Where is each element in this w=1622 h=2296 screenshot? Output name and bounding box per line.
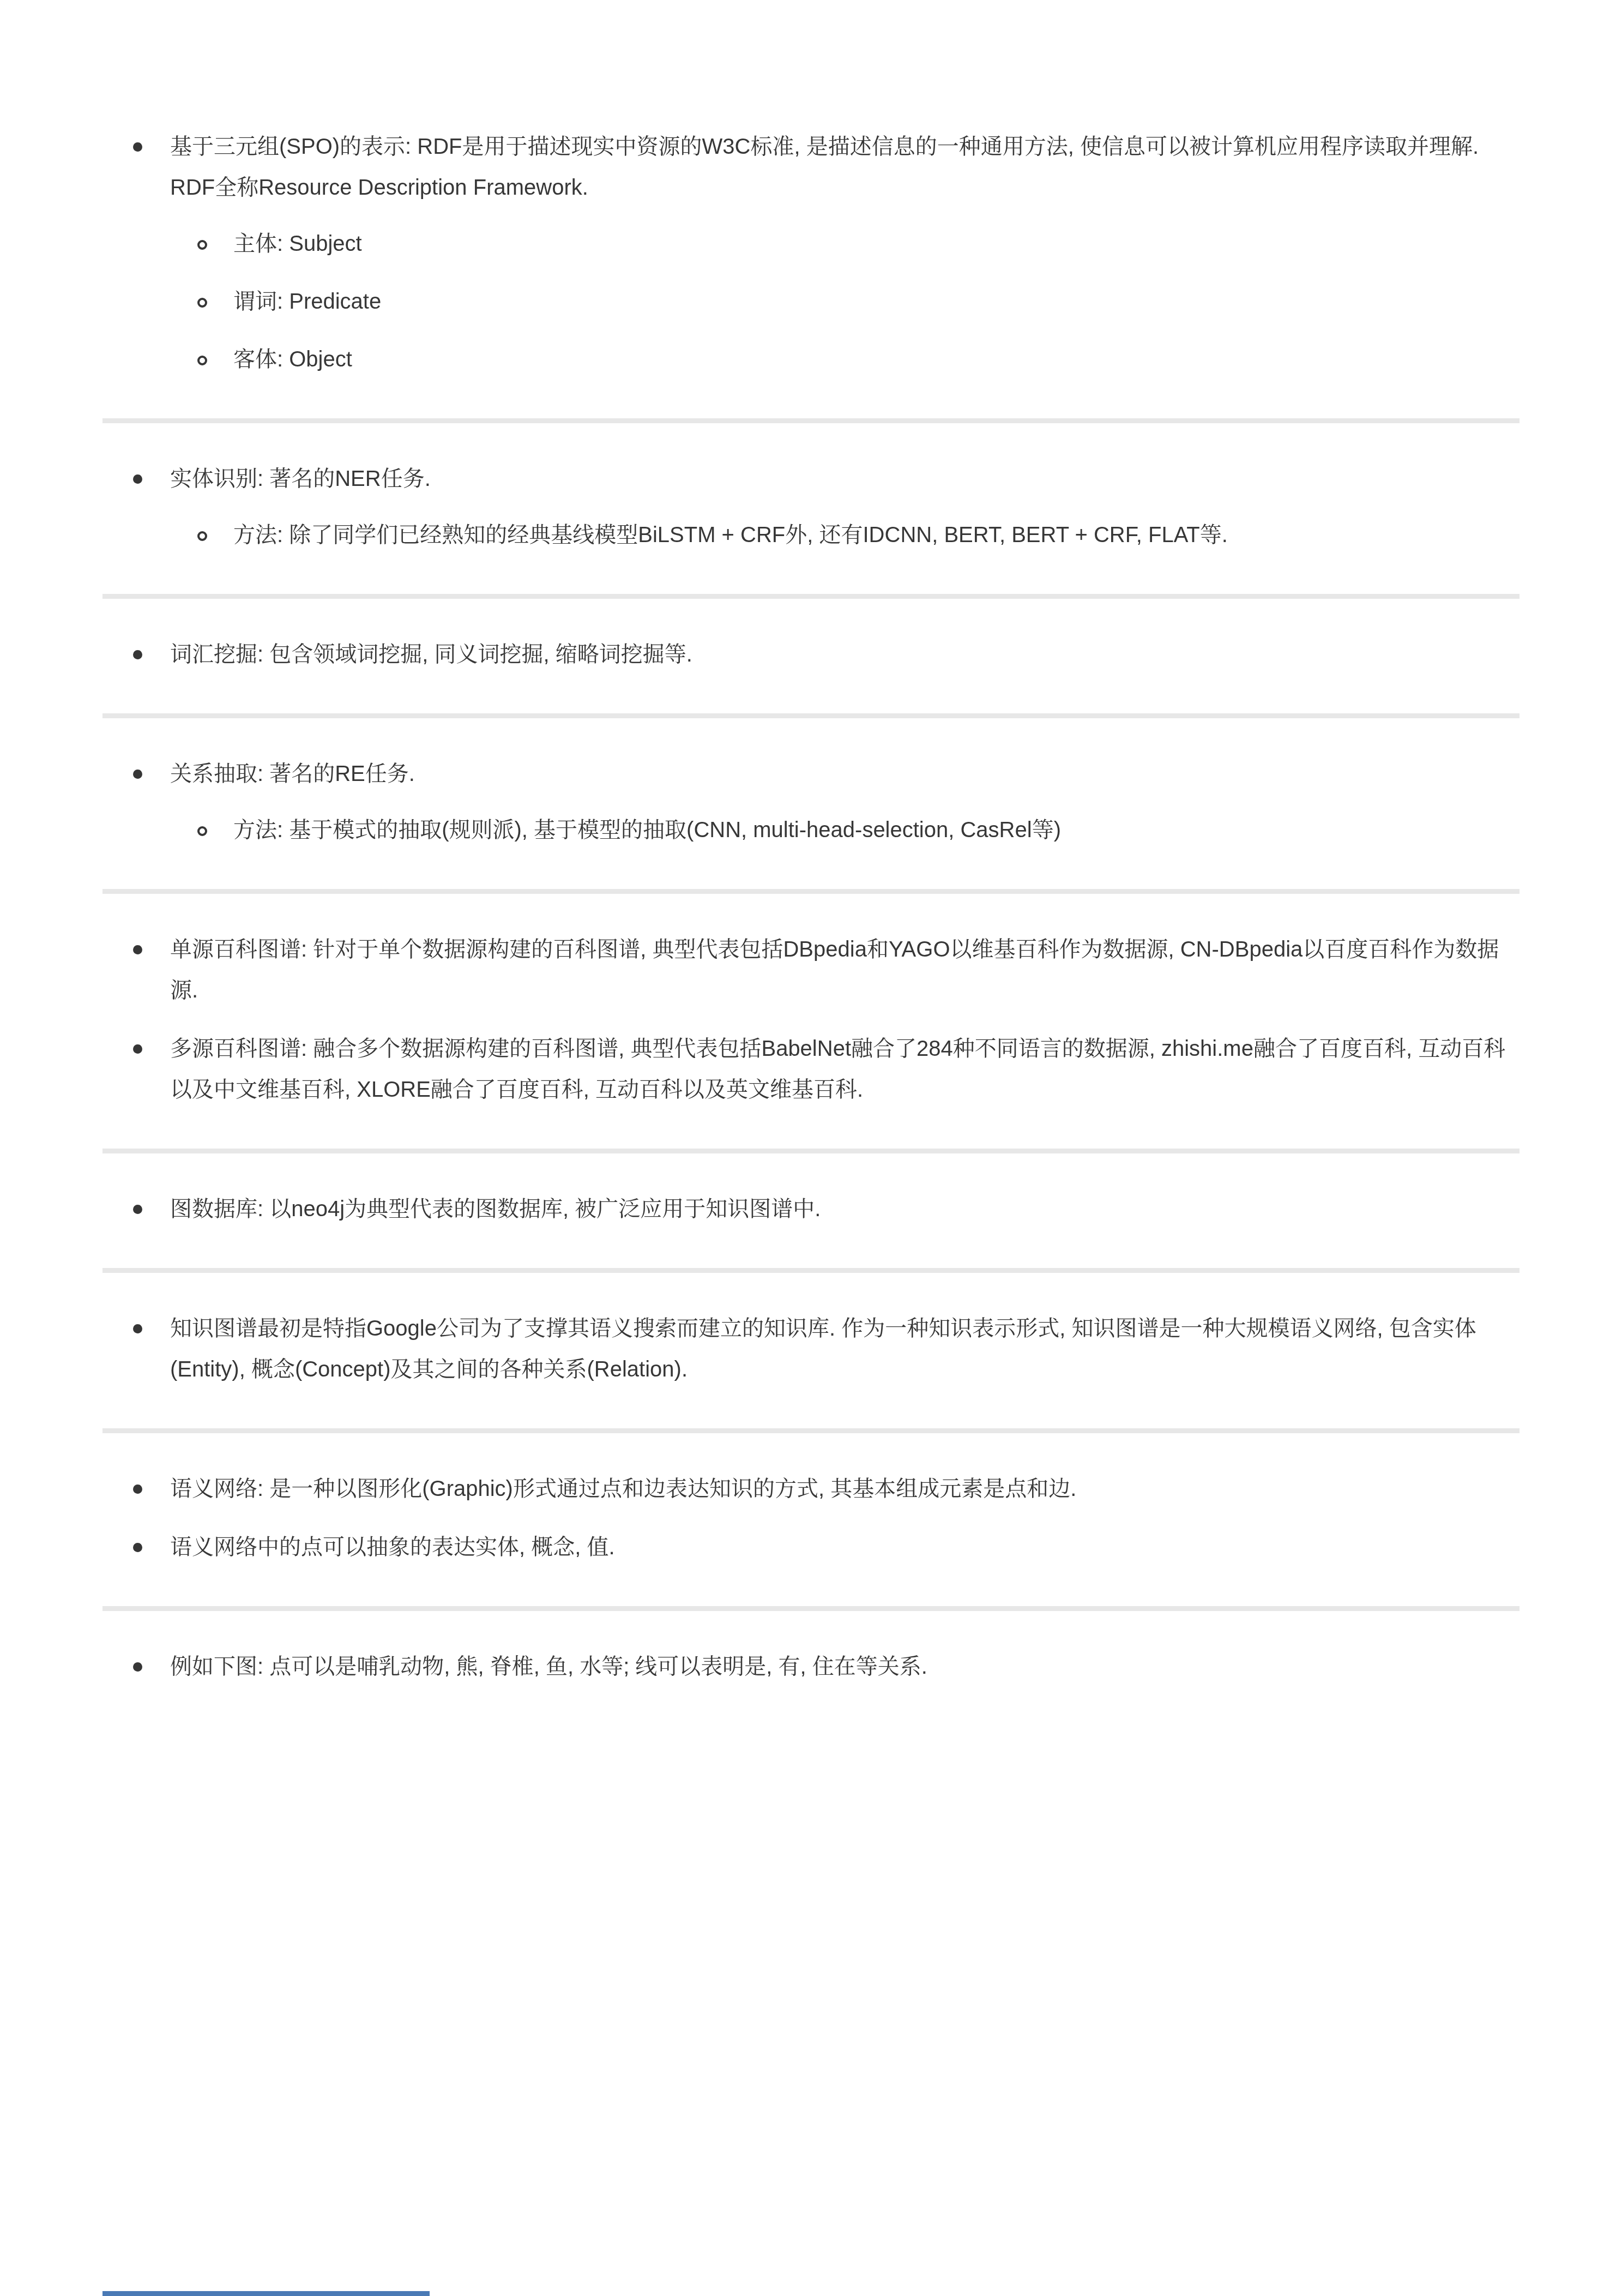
nested-bulleted-list: 方法: 基于模式的抽取(规则派), 基于模型的抽取(CNN, multi-hea… bbox=[170, 810, 1520, 851]
list-item: 关系抽取: 著名的RE任务. 方法: 基于模式的抽取(规则派), 基于模型的抽取… bbox=[102, 754, 1520, 851]
circle-bullet-icon bbox=[197, 826, 207, 836]
list-item: 实体识别: 著名的NER任务. 方法: 除了同学们已经熟知的经典基线模型BiLS… bbox=[102, 459, 1520, 556]
list-item-text: 图数据库: 以neo4j为典型代表的图数据库, 被广泛应用于知识图谱中. bbox=[170, 1197, 821, 1221]
disc-bullet-icon bbox=[133, 1484, 142, 1494]
bulleted-list: 实体识别: 著名的NER任务. 方法: 除了同学们已经熟知的经典基线模型BiLS… bbox=[102, 459, 1520, 556]
bulleted-list: 例如下图: 点可以是哺乳动物, 熊, 脊椎, 鱼, 水等; 线可以表明是, 有,… bbox=[102, 1646, 1520, 1687]
sub-list-item: 方法: 除了同学们已经熟知的经典基线模型BiLSTM + CRF外, 还有IDC… bbox=[170, 515, 1520, 556]
bulleted-list: 基于三元组(SPO)的表示: RDF是用于描述现实中资源的W3C标准, 是描述信… bbox=[102, 127, 1520, 380]
list-item-text: 实体识别: 著名的NER任务. bbox=[170, 467, 431, 491]
disc-bullet-icon bbox=[133, 1324, 142, 1333]
divider bbox=[102, 594, 1520, 599]
list-item-text: 基于三元组(SPO)的表示: RDF是用于描述现实中资源的W3C标准, 是描述信… bbox=[170, 135, 1479, 200]
bulleted-list: 单源百科图谱: 针对于单个数据源构建的百科图谱, 典型代表包括DBpedia和Y… bbox=[102, 929, 1520, 1110]
divider bbox=[102, 1268, 1520, 1273]
bulleted-list: 语义网络: 是一种以图形化(Graphic)形式通过点和边表达知识的方式, 其基… bbox=[102, 1469, 1520, 1568]
list-item: 词汇挖掘: 包含领域词挖掘, 同义词挖掘, 缩略词挖掘等. bbox=[102, 634, 1520, 675]
partial-figure-top-edge bbox=[102, 2291, 430, 2296]
list-item-text: 知识图谱最初是特指Google公司为了支撑其语义搜索而建立的知识库. 作为一种知… bbox=[170, 1317, 1476, 1381]
bulleted-list: 词汇挖掘: 包含领域词挖掘, 同义词挖掘, 缩略词挖掘等. bbox=[102, 634, 1520, 675]
nested-bulleted-list: 方法: 除了同学们已经熟知的经典基线模型BiLSTM + CRF外, 还有IDC… bbox=[170, 515, 1520, 556]
disc-bullet-icon bbox=[133, 474, 142, 484]
disc-bullet-icon bbox=[133, 142, 142, 152]
divider bbox=[102, 1149, 1520, 1153]
disc-bullet-icon bbox=[133, 1205, 142, 1214]
list-item: 语义网络: 是一种以图形化(Graphic)形式通过点和边表达知识的方式, 其基… bbox=[102, 1469, 1520, 1510]
disc-bullet-icon bbox=[133, 770, 142, 779]
list-item: 基于三元组(SPO)的表示: RDF是用于描述现实中资源的W3C标准, 是描述信… bbox=[102, 127, 1520, 380]
list-item: 单源百科图谱: 针对于单个数据源构建的百科图谱, 典型代表包括DBpedia和Y… bbox=[102, 929, 1520, 1011]
sub-list-item-text: 主体: Subject bbox=[233, 232, 362, 256]
list-item-text: 例如下图: 点可以是哺乳动物, 熊, 脊椎, 鱼, 水等; 线可以表明是, 有,… bbox=[170, 1655, 927, 1679]
circle-bullet-icon bbox=[197, 240, 207, 250]
disc-bullet-icon bbox=[133, 945, 142, 954]
divider bbox=[102, 889, 1520, 894]
divider bbox=[102, 1428, 1520, 1433]
disc-bullet-icon bbox=[133, 1543, 142, 1552]
disc-bullet-icon bbox=[133, 1662, 142, 1672]
circle-bullet-icon bbox=[197, 531, 207, 541]
bulleted-list: 知识图谱最初是特指Google公司为了支撑其语义搜索而建立的知识库. 作为一种知… bbox=[102, 1308, 1520, 1390]
bulleted-list: 关系抽取: 著名的RE任务. 方法: 基于模式的抽取(规则派), 基于模型的抽取… bbox=[102, 754, 1520, 851]
bulleted-list: 图数据库: 以neo4j为典型代表的图数据库, 被广泛应用于知识图谱中. bbox=[102, 1189, 1520, 1230]
list-item: 图数据库: 以neo4j为典型代表的图数据库, 被广泛应用于知识图谱中. bbox=[102, 1189, 1520, 1230]
list-item-text: 单源百科图谱: 针对于单个数据源构建的百科图谱, 典型代表包括DBpedia和Y… bbox=[170, 937, 1499, 1002]
circle-bullet-icon bbox=[197, 356, 207, 365]
circle-bullet-icon bbox=[197, 298, 207, 308]
list-item: 语义网络中的点可以抽象的表达实体, 概念, 值. bbox=[102, 1527, 1520, 1568]
divider bbox=[102, 418, 1520, 423]
list-item: 例如下图: 点可以是哺乳动物, 熊, 脊椎, 鱼, 水等; 线可以表明是, 有,… bbox=[102, 1646, 1520, 1687]
list-item: 知识图谱最初是特指Google公司为了支撑其语义搜索而建立的知识库. 作为一种知… bbox=[102, 1308, 1520, 1390]
list-item-text: 语义网络中的点可以抽象的表达实体, 概念, 值. bbox=[170, 1535, 615, 1559]
notes-document: 基于三元组(SPO)的表示: RDF是用于描述现实中资源的W3C标准, 是描述信… bbox=[102, 0, 1520, 1687]
list-item-text: 语义网络: 是一种以图形化(Graphic)形式通过点和边表达知识的方式, 其基… bbox=[170, 1477, 1076, 1501]
divider bbox=[102, 713, 1520, 718]
disc-bullet-icon bbox=[133, 650, 142, 659]
disc-bullet-icon bbox=[133, 1044, 142, 1054]
sub-list-item: 方法: 基于模式的抽取(规则派), 基于模型的抽取(CNN, multi-hea… bbox=[170, 810, 1520, 851]
nested-bulleted-list: 主体: Subject 谓词: Predicate 客体: Object bbox=[170, 224, 1520, 380]
divider bbox=[102, 1606, 1520, 1611]
sub-list-item-text: 谓词: Predicate bbox=[233, 290, 381, 314]
sub-list-item-text: 方法: 除了同学们已经熟知的经典基线模型BiLSTM + CRF外, 还有IDC… bbox=[233, 523, 1228, 547]
sub-list-item-text: 客体: Object bbox=[233, 347, 352, 371]
sub-list-item-text: 方法: 基于模式的抽取(规则派), 基于模型的抽取(CNN, multi-hea… bbox=[233, 818, 1061, 842]
sub-list-item: 客体: Object bbox=[170, 339, 1520, 380]
list-item: 多源百科图谱: 融合多个数据源构建的百科图谱, 典型代表包括BabelNet融合… bbox=[102, 1029, 1520, 1110]
list-item-text: 词汇挖掘: 包含领域词挖掘, 同义词挖掘, 缩略词挖掘等. bbox=[170, 642, 692, 666]
sub-list-item: 谓词: Predicate bbox=[170, 281, 1520, 322]
sub-list-item: 主体: Subject bbox=[170, 224, 1520, 265]
list-item-text: 关系抽取: 著名的RE任务. bbox=[170, 762, 415, 786]
list-item-text: 多源百科图谱: 融合多个数据源构建的百科图谱, 典型代表包括BabelNet融合… bbox=[170, 1037, 1505, 1102]
